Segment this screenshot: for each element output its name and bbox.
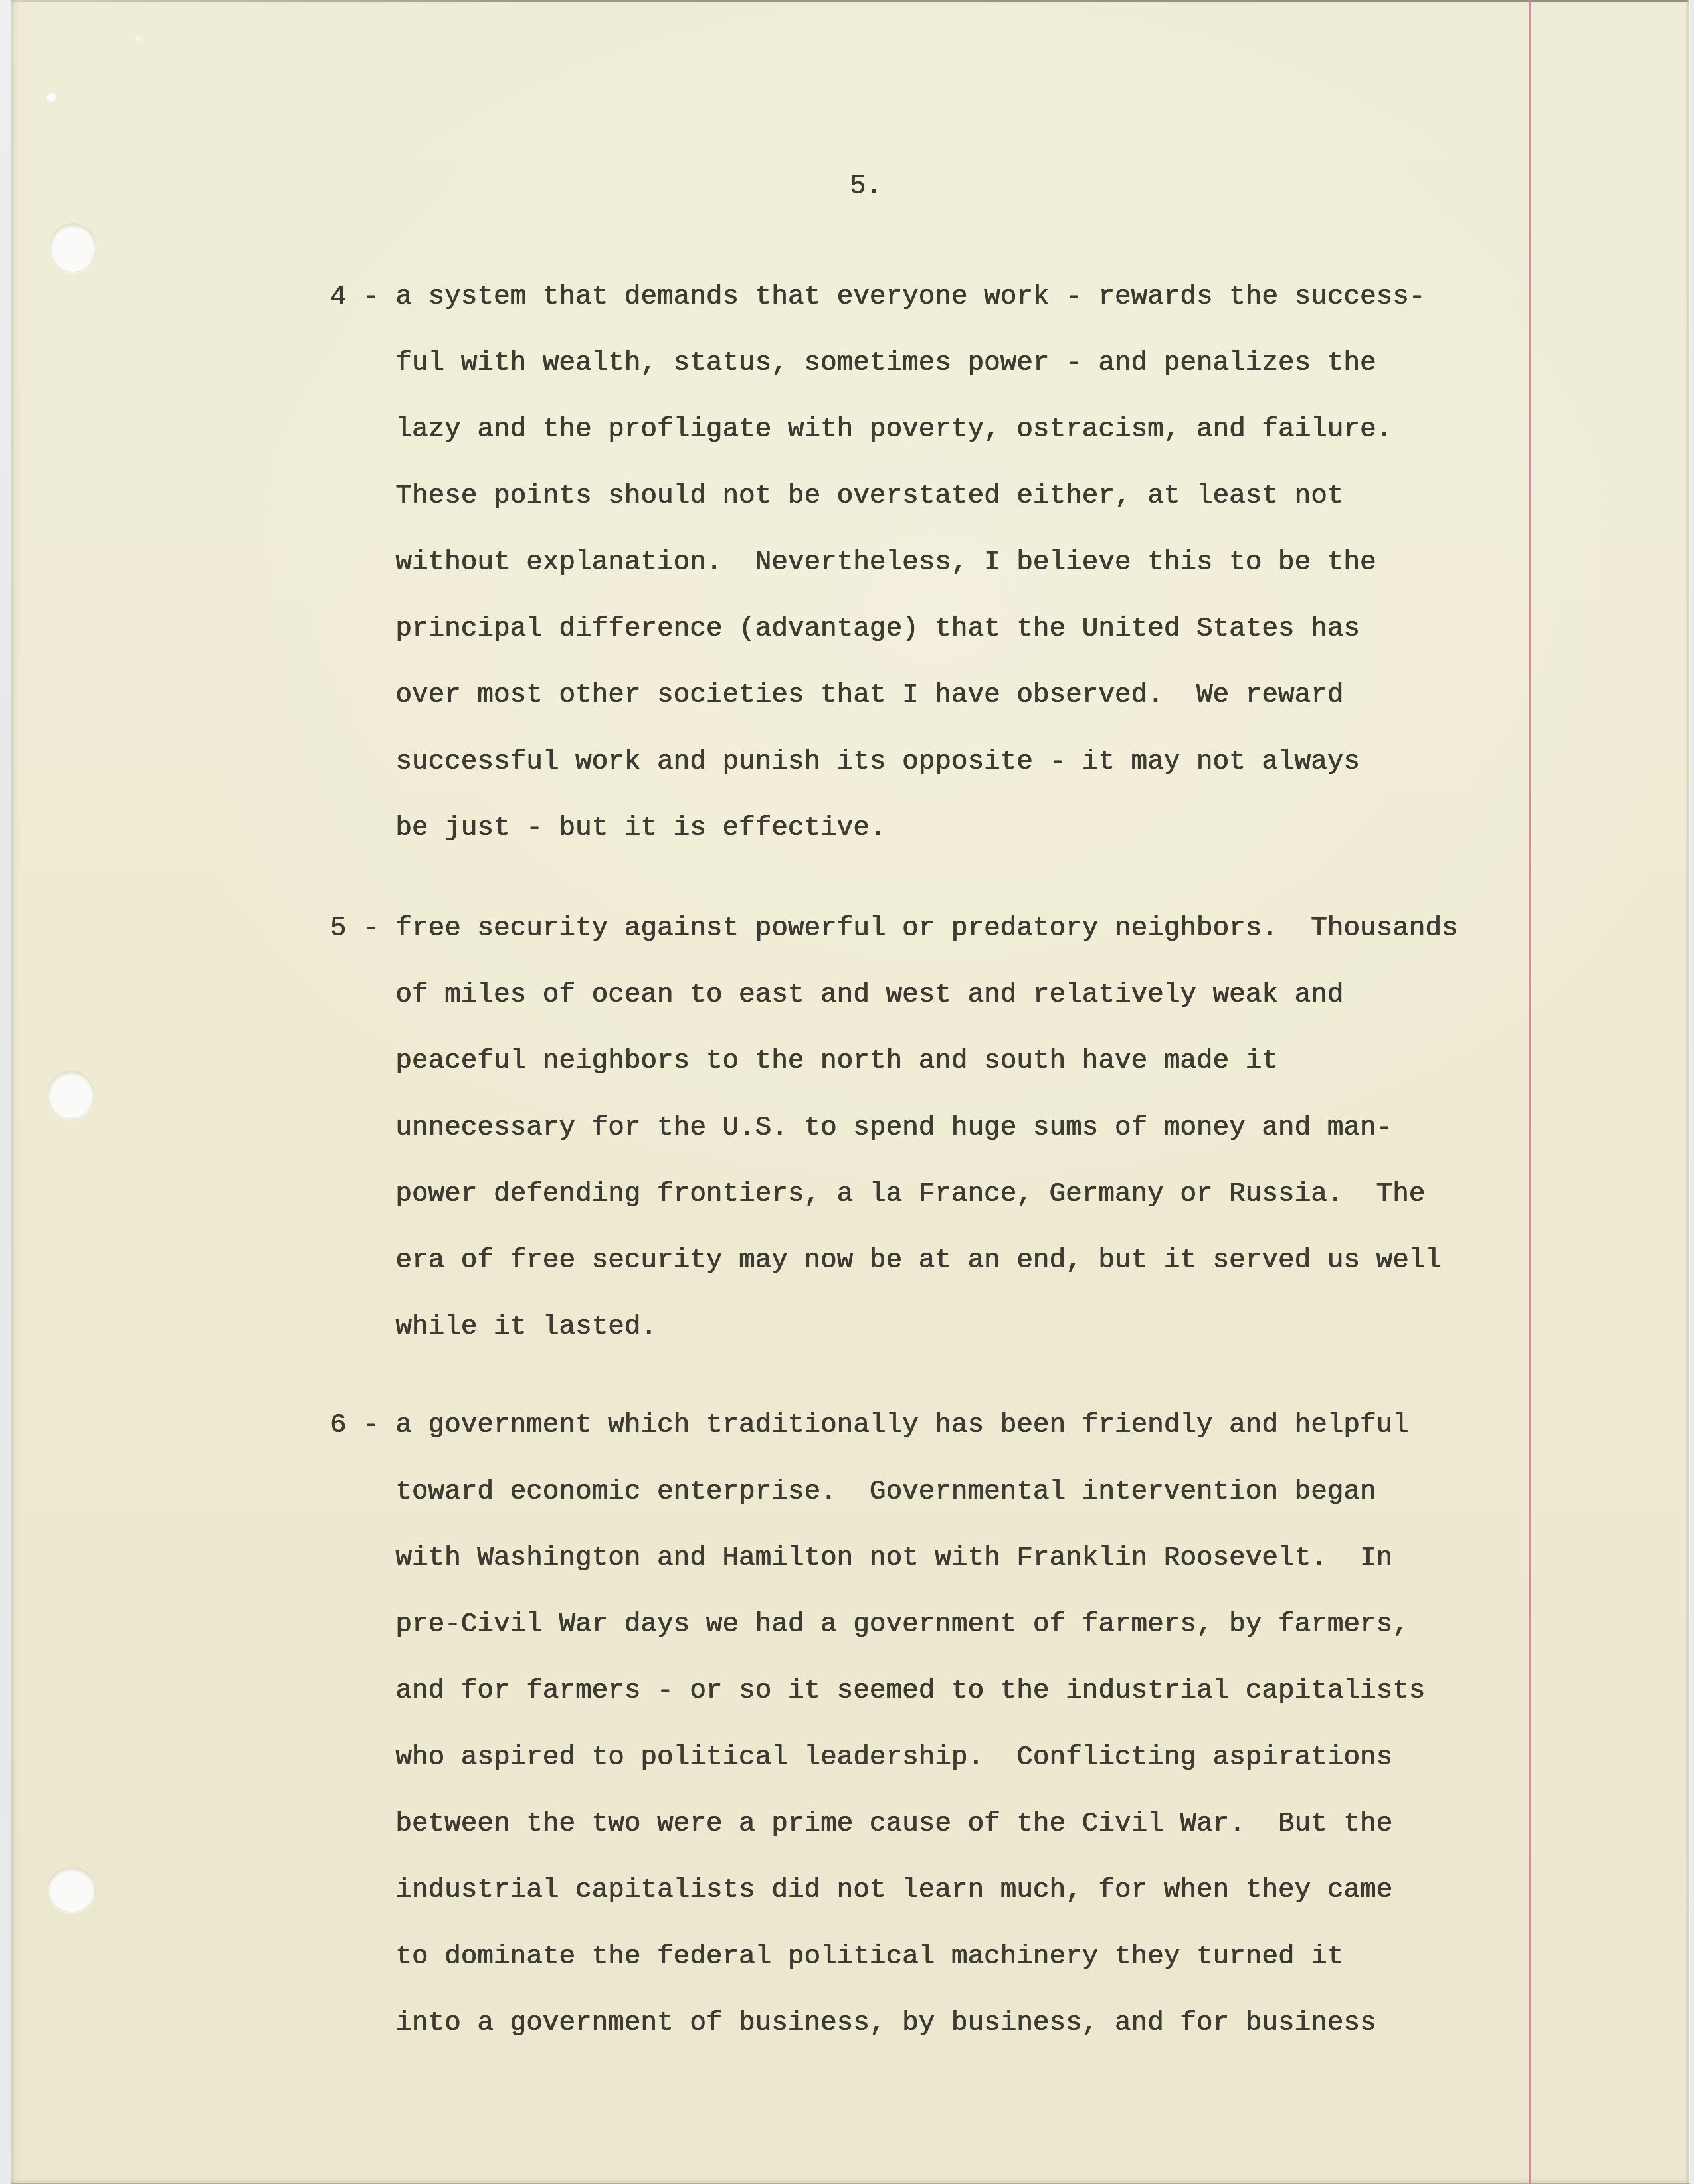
punch-hole-top [50, 224, 96, 272]
text-line: successful work and punish its opposite … [330, 729, 1513, 795]
text-line: pre-Civil War days we had a government o… [330, 1592, 1513, 1658]
text-line: 4 - a system that demands that everyone … [330, 264, 1513, 330]
paper-top-edge [11, 0, 1690, 2]
text-line: while it lasted. [330, 1294, 1513, 1360]
text-line: ful with wealth, status, sometimes power… [330, 330, 1513, 397]
text-line: industrial capitalists did not learn muc… [330, 1857, 1513, 1924]
punch-hole-bottom [48, 1868, 95, 1912]
text-line: lazy and the profligate with poverty, os… [330, 397, 1513, 463]
pink-margin-rule [1529, 0, 1531, 2184]
text-line: between the two were a prime cause of th… [330, 1791, 1513, 1857]
text-line: power defending frontiers, a la France, … [330, 1161, 1513, 1228]
scanner-background [0, 0, 11, 2184]
text-line: unnecessary for the U.S. to spend huge s… [330, 1095, 1513, 1161]
text-line: These points should not be overstated ei… [330, 463, 1513, 529]
paper-sheet: 5. 4 - a system that demands that everyo… [11, 0, 1690, 2184]
text-line: 6 - a government which traditionally has… [330, 1392, 1513, 1459]
text-line: of miles of ocean to east and west and r… [330, 962, 1513, 1028]
paragraph-6: 6 - a government which traditionally has… [330, 1392, 1513, 2056]
text-line: be just - but it is effective. [330, 795, 1513, 862]
paper-speck [46, 92, 57, 102]
text-line: era of free security may now be at an en… [330, 1228, 1513, 1294]
punch-hole-middle [48, 1071, 94, 1118]
paragraph-5: 5 - free security against powerful or pr… [330, 895, 1513, 1360]
page-number: 5. [850, 153, 882, 220]
text-line: without explanation. Nevertheless, I bel… [330, 529, 1513, 596]
text-line: 5 - free security against powerful or pr… [330, 895, 1513, 962]
text-line: over most other societies that I have ob… [330, 662, 1513, 729]
text-line: who aspired to political leadership. Con… [330, 1724, 1513, 1791]
text-line: peaceful neighbors to the north and sout… [330, 1028, 1513, 1095]
scanned-document-page: 5. 4 - a system that demands that everyo… [0, 0, 1694, 2184]
text-line: with Washington and Hamilton not with Fr… [330, 1525, 1513, 1592]
paper-speck [134, 35, 143, 41]
text-line: and for farmers - or so it seemed to the… [330, 1658, 1513, 1724]
paper-right-edge [1685, 0, 1690, 2184]
text-line: principal difference (advantage) that th… [330, 596, 1513, 662]
paragraph-4: 4 - a system that demands that everyone … [330, 264, 1513, 862]
text-line: toward economic enterprise. Governmental… [330, 1459, 1513, 1525]
text-line: into a government of business, by busine… [330, 1990, 1513, 2056]
text-line: to dominate the federal political machin… [330, 1924, 1513, 1990]
